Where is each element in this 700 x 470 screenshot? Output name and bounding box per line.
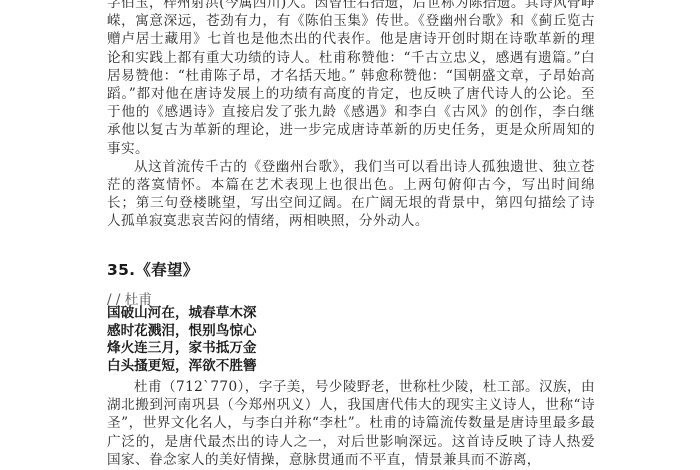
poem-line: 白头搔更短，浑欲不胜簪	[107, 358, 257, 376]
poem-line: 国破山河在，城春草木深	[107, 305, 257, 323]
document-page: 字伯玉，梓州射洪(今属四川)人。因曾任右拾遗，后世称为陈拾遗。其诗风骨峥嵘，寓意…	[107, 0, 595, 231]
poem-line: 感时花溅泪，恨别鸟惊心	[107, 323, 257, 341]
poem-line: 烽火连三月，家书抵万金	[107, 340, 257, 358]
intro-paragraph: 字伯玉，梓州射洪(今属四川)人。因曾任右拾遗，后世称为陈拾遗。其诗风骨峥嵘，寓意…	[107, 0, 595, 158]
poem-body: 国破山河在，城春草木深 感时花溅泪，恨别鸟惊心 烽火连三月，家书抵万金 白头搔更…	[107, 305, 257, 375]
bio-paragraph: 杜甫（712`770），字子美，号少陵野老，世称杜少陵，杜工部。汉族，由湖北搬到…	[107, 378, 595, 469]
section-heading: 35.《春望》	[107, 258, 199, 280]
bio-section: 杜甫（712`770），字子美，号少陵野老，世称杜少陵，杜工部。汉族，由湖北搬到…	[107, 378, 595, 469]
analysis-paragraph: 从这首流传千古的《登幽州台歌》，我们当可以看出诗人孤独遗世、独立苍茫的落寞情怀。…	[107, 158, 595, 231]
